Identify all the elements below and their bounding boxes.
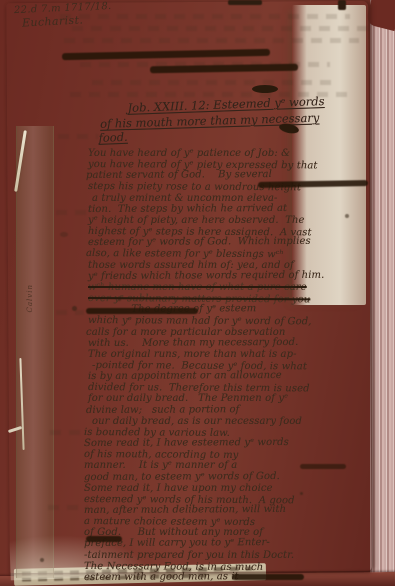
manuscript-line: esteem for yᵉ words of God. Which implie… bbox=[88, 236, 376, 249]
manuscript-line: divine law; such a portion of bbox=[86, 403, 376, 416]
bleed-through-text bbox=[56, 310, 84, 315]
margin-note: Calvin bbox=[26, 284, 34, 312]
ink-strikethrough bbox=[86, 308, 198, 314]
manuscript-line: our daily bread, as is our necessary foo… bbox=[92, 416, 376, 427]
manuscript-line: patient servant of God. By several bbox=[86, 169, 376, 182]
foxing-spot bbox=[72, 306, 77, 311]
sermon-body-text: You have heard of yᵉ patience of Job: &y… bbox=[88, 148, 376, 583]
foxing-spot bbox=[60, 232, 68, 237]
manuscript-line: is by an appointment or an allowance bbox=[88, 370, 376, 383]
ink-strikethrough bbox=[300, 464, 346, 469]
manuscript-line: preface, I will carry you to yᵉ Enter- bbox=[84, 537, 376, 550]
bleed-through-text bbox=[48, 505, 88, 510]
gutter-fold-strip bbox=[16, 126, 54, 578]
manuscript-line: good man, to esteem yᵉ words of God. bbox=[84, 470, 376, 483]
manuscript-photo: 22.d 7.m 1717/18. Eucharist. Job. XXIII.… bbox=[0, 0, 395, 586]
manuscript-line: yᵉ height of piety, are here observed. T… bbox=[88, 215, 376, 226]
manuscript-line: yᵉ friends which those words required of… bbox=[88, 269, 376, 282]
manuscript-line: divided for us. Therefore this term is u… bbox=[88, 382, 376, 395]
manuscript-line: Some read it, I have upon my choice bbox=[84, 483, 376, 494]
manuscript-line: wᶜʰ humane men have of what a pure care bbox=[88, 282, 376, 293]
manuscript-line: which yᵉ pious man had for yᵉ word of Go… bbox=[88, 315, 376, 328]
manuscript-line: man, after much deliberation, will with bbox=[84, 503, 376, 516]
ink-blot bbox=[252, 85, 278, 93]
manuscript-line: also, a like esteem for yᵉ blessings wᶜʰ bbox=[86, 248, 376, 261]
bleed-through-text bbox=[60, 14, 350, 19]
bleed-through-text bbox=[92, 80, 332, 85]
ink-blot bbox=[228, 0, 262, 5]
ink-strikethrough bbox=[232, 574, 304, 580]
bleed-through-text bbox=[56, 210, 86, 215]
ink-blot bbox=[338, 0, 346, 10]
manuscript-line: a mature choice esteem yᵉ words bbox=[84, 516, 376, 529]
manuscript-line: You have heard of yᵉ patience of Job: & bbox=[88, 148, 376, 159]
bleed-through-text bbox=[50, 430, 84, 435]
manuscript-line: The original runs, more than what is ap- bbox=[88, 349, 376, 360]
foxing-spot bbox=[40, 558, 44, 562]
manuscript-line: with us. More than my necessary food. bbox=[88, 336, 376, 349]
manuscript-line: -tainment prepared for you in this Doctr… bbox=[84, 550, 376, 561]
manuscript-line: Some read it, I have esteemed yᵉ words bbox=[84, 437, 376, 450]
ink-strikethrough bbox=[86, 536, 122, 542]
manuscript-line: of his mouth, according to my bbox=[84, 449, 376, 462]
manuscript-line: tion. The steps by which he arrived at bbox=[88, 202, 376, 215]
bleed-through-text bbox=[72, 26, 372, 31]
bleed-through-text bbox=[64, 38, 359, 43]
manuscript-line: esteem with a good man, as it bbox=[84, 570, 376, 583]
bleed-through-text bbox=[58, 134, 98, 139]
